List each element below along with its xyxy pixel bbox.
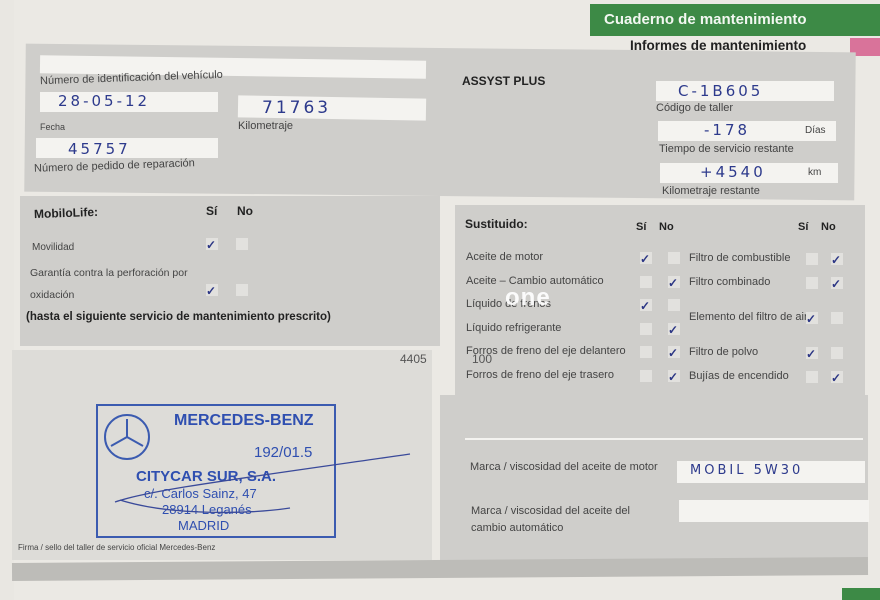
checkmark-icon: ✓: [806, 312, 816, 326]
workshop-code-label: Código de taller: [656, 102, 733, 114]
replaced-no-checkbox[interactable]: ✓: [831, 253, 843, 265]
replaced-no-header: No: [659, 221, 674, 233]
replaced-yes-checkbox[interactable]: [806, 253, 818, 265]
replaced-no-checkbox[interactable]: ✓: [668, 323, 680, 335]
replaced-no-checkbox[interactable]: [831, 312, 843, 324]
replaced-yes-checkbox[interactable]: ✓: [640, 299, 652, 311]
checkmark-icon: ✓: [206, 284, 216, 298]
checkmark-icon: ✓: [640, 299, 650, 313]
repair-order-value: 45757: [68, 140, 131, 158]
mileage-value: 71763: [262, 98, 331, 118]
replaced-item-label: Líquido refrigerante: [466, 322, 561, 334]
checkmark-icon: ✓: [640, 252, 650, 266]
page-corner-tab: [842, 588, 880, 600]
divider: [465, 438, 863, 440]
watermark-logo: one: [505, 284, 551, 312]
mobilolife-oxidacion-yes-checkbox[interactable]: ✓: [206, 284, 218, 296]
auto-trans-oil-field[interactable]: [679, 500, 869, 522]
remaining-km-unit: km: [808, 167, 821, 178]
replaced-no-checkbox[interactable]: ✓: [831, 277, 843, 289]
replaced-item-label: Forros de freno del eje trasero: [466, 369, 614, 381]
replaced-yes-checkbox[interactable]: [640, 370, 652, 382]
replaced-yes-checkbox[interactable]: ✓: [640, 252, 652, 264]
assyst-title: ASSYST PLUS: [462, 74, 545, 88]
stamp-brand: MERCEDES-BENZ: [174, 412, 314, 430]
checkmark-icon: ✓: [831, 253, 841, 267]
replaced-yes-header: Sí: [636, 221, 646, 233]
replaced-yes-header-right: Sí: [798, 221, 808, 233]
overlay-number: 100: [472, 352, 492, 366]
replaced-no-header-right: No: [821, 221, 836, 233]
replaced-item-label: Bujías de encendido: [689, 370, 789, 382]
replaced-yes-checkbox[interactable]: ✓: [806, 312, 818, 324]
replaced-yes-checkbox[interactable]: [640, 346, 652, 358]
mobilolife-item-label: Movilidad: [32, 242, 74, 253]
mobilolife-movilidad-no-checkbox[interactable]: [236, 238, 248, 250]
remaining-km-value: +4540: [700, 163, 766, 181]
checkmark-icon: ✓: [668, 346, 678, 360]
mobilolife-note: (hasta el siguiente servicio de mantenim…: [26, 311, 331, 323]
stamp-caption: Firma / sello del taller de servicio ofi…: [18, 543, 215, 552]
replaced-title: Sustituido:: [465, 217, 528, 231]
replaced-yes-checkbox[interactable]: ✓: [806, 347, 818, 359]
replaced-no-checkbox[interactable]: ✓: [668, 276, 680, 288]
checkmark-icon: ✓: [831, 371, 841, 385]
remaining-time-unit: Días: [805, 125, 826, 136]
replaced-no-checkbox[interactable]: ✓: [668, 346, 680, 358]
replaced-yes-checkbox[interactable]: [806, 371, 818, 383]
mobilolife-title: MobiloLife:: [34, 205, 98, 221]
checkmark-icon: ✓: [668, 323, 678, 337]
remaining-time-label: Tiempo de servicio restante: [659, 143, 794, 155]
replaced-no-checkbox[interactable]: [668, 299, 680, 311]
checkmark-icon: ✓: [831, 277, 841, 291]
replaced-item-label: Filtro de combustible: [689, 252, 791, 264]
checkmark-icon: ✓: [668, 276, 678, 290]
replaced-item-label: Elemento del filtro de aire: [689, 311, 814, 323]
auto-trans-oil-label: Marca / viscosidad del aceite del cambio…: [471, 503, 651, 537]
mobilolife-no-header: No: [237, 204, 253, 218]
replaced-no-checkbox[interactable]: [831, 347, 843, 359]
replaced-yes-checkbox[interactable]: [640, 276, 652, 288]
checkmark-icon: ✓: [668, 370, 678, 384]
replaced-yes-checkbox[interactable]: [640, 323, 652, 335]
replaced-no-checkbox[interactable]: ✓: [831, 371, 843, 383]
overlay-number: 4405: [400, 352, 427, 366]
replaced-no-checkbox[interactable]: ✓: [668, 370, 680, 382]
remaining-time-value: -178: [704, 121, 750, 139]
section-title: Cuaderno de mantenimiento: [590, 4, 880, 36]
signature-stroke: [110, 450, 420, 520]
stamp-region: MADRID: [178, 518, 229, 533]
engine-oil-value: MOBIL 5W30: [690, 463, 803, 478]
replaced-yes-checkbox[interactable]: [806, 277, 818, 289]
mobilolife-yes-header: Sí: [206, 204, 217, 218]
date-value: 28-05-12: [58, 92, 150, 110]
checkmark-icon: ✓: [206, 238, 216, 252]
mobilolife-oxidacion-no-checkbox[interactable]: [236, 284, 248, 296]
mileage-label: Kilometraje: [238, 120, 293, 132]
checkmark-icon: ✓: [806, 347, 816, 361]
engine-oil-label: Marca / viscosidad del aceite de motor: [470, 461, 658, 473]
replaced-item-label: Filtro combinado: [689, 276, 770, 288]
replaced-item-label: Aceite de motor: [466, 251, 543, 263]
mobilolife-item-label: Garantía contra la perforación por oxida…: [30, 262, 190, 306]
remaining-km-label: Kilometraje restante: [662, 185, 760, 197]
workshop-code-value: C-1B605: [678, 82, 763, 100]
replaced-item-label: Filtro de polvo: [689, 346, 758, 358]
date-label: Fecha: [40, 122, 65, 132]
replaced-no-checkbox[interactable]: [668, 252, 680, 264]
mobilolife-movilidad-yes-checkbox[interactable]: ✓: [206, 238, 218, 250]
